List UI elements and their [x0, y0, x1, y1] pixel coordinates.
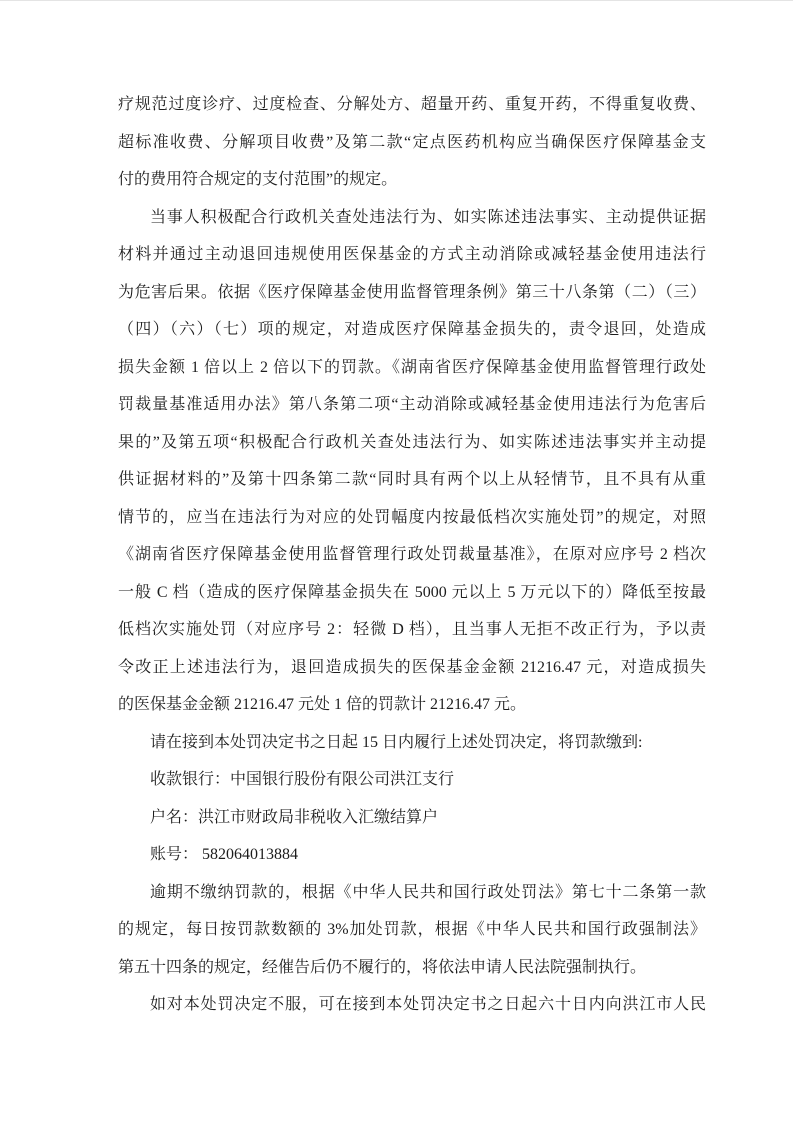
- text-line: 付的费用符合规定的支付范围”的规定。: [118, 161, 706, 199]
- document-body: 疗规范过度诊疗、过度检查、分解处方、超量开药、重复开药，不得重复收费、 超标准收…: [118, 86, 706, 1024]
- text-line: 低档次实施处罚（对应序号 2：轻微 D 档），且当事人无拒不改正行为，予以责: [118, 611, 706, 649]
- text-line: 情节的，应当在违法行为对应的处罚幅度内按最低档次实施处罚”的规定，对照: [118, 499, 706, 537]
- text-line: 损失金额 1 倍以上 2 倍以下的罚款。《湖南省医疗保障基金使用监督管理行政处: [118, 349, 706, 387]
- text-line: 果的”及第五项“积极配合行政机关查处违法行为、如实陈述违法事实并主动提: [118, 424, 706, 462]
- document-page: 疗规范过度诊疗、过度检查、分解处方、超量开药、重复开药，不得重复收费、 超标准收…: [0, 0, 793, 1122]
- text-line: 令改正上述违法行为，退回造成损失的医保基金金额 21216.47 元，对造成损失: [118, 649, 706, 687]
- account-name-line: 户名：洪江市财政局非税收入汇缴结算户: [118, 799, 706, 837]
- text-line: 的规定，每日按罚款数额的 3%加处罚款，根据《中华人民共和国行政强制法》: [118, 911, 706, 949]
- text-line: 第五十四条的规定，经催告后仍不履行的，将依法申请人民法院强制执行。: [118, 949, 706, 987]
- text-line: 为危害后果。依据《医疗保障基金使用监督管理条例》第三十八条第（二）（三）: [118, 274, 706, 312]
- text-line: （四）（六）（七）项的规定，对造成医疗保障基金损失的，责令退回，处造成: [118, 311, 706, 349]
- bank-name-line: 收款银行：中国银行股份有限公司洪江支行: [118, 761, 706, 799]
- account-number-line: 账号： 582064013884: [118, 836, 706, 874]
- text-line: 供证据材料的”及第十四条第二款“同时具有两个以上从轻情节，且不具有从重: [118, 461, 706, 499]
- text-line: 疗规范过度诊疗、过度检查、分解处方、超量开药、重复开药，不得重复收费、: [118, 86, 706, 124]
- text-line: 的医保基金金额 21216.47 元处 1 倍的罚款计 21216.47 元。: [118, 686, 706, 724]
- paragraph-penalty-basis: 当事人积极配合行政机关查处违法行为、如实陈述违法事实、主动提供证据 材料并通过主…: [118, 199, 706, 724]
- paragraph-receiving-bank: 收款银行：中国银行股份有限公司洪江支行: [118, 761, 706, 799]
- text-line: 当事人积极配合行政机关查处违法行为、如实陈述违法事实、主动提供证据: [118, 199, 706, 237]
- text-line: 材料并通过主动退回违规使用医保基金的方式主动消除或减轻基金使用违法行: [118, 236, 706, 274]
- text-line: 如对本处罚决定不服，可在接到本处罚决定书之日起六十日内向洪江市人民: [118, 986, 706, 1024]
- paragraph-account-number: 账号： 582064013884: [118, 836, 706, 874]
- paragraph-regulation-continuation: 疗规范过度诊疗、过度检查、分解处方、超量开药、重复开药，不得重复收费、 超标准收…: [118, 86, 706, 199]
- text-line: 《湖南省医疗保障基金使用监督管理行政处罚裁量基准》，在原对应序号 2 档次: [118, 536, 706, 574]
- paragraph-appeal-rights: 如对本处罚决定不服，可在接到本处罚决定书之日起六十日内向洪江市人民: [118, 986, 706, 1024]
- paragraph-account-name: 户名：洪江市财政局非税收入汇缴结算户: [118, 799, 706, 837]
- text-line: 罚裁量基准适用办法》第八条第二项“主动消除或减轻基金使用违法行为危害后: [118, 386, 706, 424]
- text-line: 一般 C 档（造成的医疗保障基金损失在 5000 元以上 5 万元以下的）降低至…: [118, 574, 706, 612]
- text-line: 请在接到本处罚决定书之日起 15 日内履行上述处罚决定，将罚款缴到:: [118, 724, 706, 762]
- paragraph-payment-instruction: 请在接到本处罚决定书之日起 15 日内履行上述处罚决定，将罚款缴到:: [118, 724, 706, 762]
- paragraph-late-payment-warning: 逾期不缴纳罚款的，根据《中华人民共和国行政处罚法》第七十二条第一款 的规定，每日…: [118, 874, 706, 987]
- text-line: 超标准收费、分解项目收费”及第二款“定点医药机构应当确保医疗保障基金支: [118, 124, 706, 162]
- text-line: 逾期不缴纳罚款的，根据《中华人民共和国行政处罚法》第七十二条第一款: [118, 874, 706, 912]
